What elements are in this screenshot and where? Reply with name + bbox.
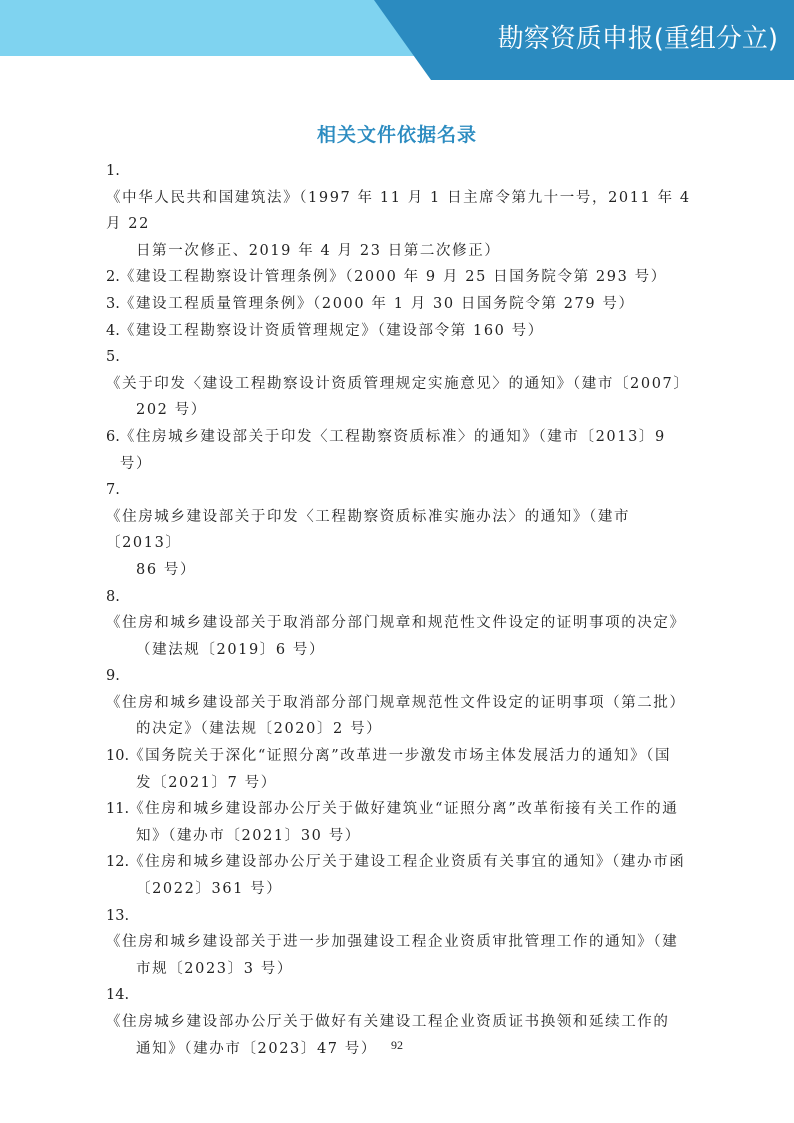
item-text-line2: （建法规〔2019〕6 号） [106, 637, 721, 664]
item-number: 4. [106, 318, 120, 345]
item-text-line1: 《住房和城乡建设部办公厅关于做好建筑业“证照分离”改革衔接有关工作的通 [129, 801, 678, 817]
item-text-line1: 《住房和城乡建设部办公厅关于建设工程企业资质有关事宜的通知》（建办市函 [129, 854, 685, 870]
item-number: 5. [106, 344, 120, 371]
item-text-line2: 日第一次修正、2019 年 4 月 23 日第二次修正） [106, 238, 721, 265]
item-number: 6. [106, 424, 120, 477]
document-title: 相关文件依据名录 [0, 120, 794, 147]
item-text: 《建设工程勘察设计资质管理规定》（建设部令第 160 号） [120, 318, 691, 345]
item-text: 《中华人民共和国建筑法》（1997 年 11 月 1 日主席令第九十一号，201… [106, 185, 691, 238]
item-text-line1: 《中华人民共和国建筑法》（1997 年 11 月 1 日主席令第九十一号，201… [106, 190, 691, 233]
item-text-line1: 《建设工程质量管理条例》（2000 年 1 月 30 日国务院令第 279 号） [120, 296, 635, 312]
item-text: 《住房和城乡建设部关于取消部分部门规章和规范性文件设定的证明事项的决定》 [106, 610, 691, 637]
item-text-line2: 的决定》（建法规〔2020〕2 号） [106, 716, 721, 743]
item-number: 7. [106, 477, 120, 504]
list-item: 3.《建设工程质量管理条例》（2000 年 1 月 30 日国务院令第 279 … [106, 291, 691, 318]
item-number: 14. [106, 982, 129, 1009]
item-text: 《建设工程勘察设计管理条例》（2000 年 9 月 25 日国务院令第 293 … [120, 264, 691, 291]
item-text-line1: 《住房城乡建设部关于印发〈工程勘察资质标准〉的通知》（建市〔2013〕9 号） [120, 429, 666, 472]
item-text-line2: 市规〔2023〕3 号） [106, 956, 721, 983]
list-item: 7.《住房城乡建设部关于印发〈工程勘察资质标准实施办法〉的通知》（建市〔2013… [106, 477, 691, 583]
list-item: 2.《建设工程勘察设计管理条例》（2000 年 9 月 25 日国务院令第 29… [106, 264, 691, 291]
item-text: 《建设工程质量管理条例》（2000 年 1 月 30 日国务院令第 279 号） [120, 291, 691, 318]
list-item: 13.《住房和城乡建设部关于进一步加强建设工程企业资质审批管理工作的通知》（建市… [106, 903, 691, 983]
list-item: 12.《住房和城乡建设部办公厅关于建设工程企业资质有关事宜的通知》（建办市函〔2… [106, 849, 691, 902]
item-number: 9. [106, 663, 120, 690]
item-text-line1: 《住房和城乡建设部关于取消部分部门规章和规范性文件设定的证明事项的决定》 [106, 615, 686, 631]
item-text: 《住房城乡建设部办公厅关于做好有关建设工程企业资质证书换领和延续工作的 [106, 1009, 691, 1036]
item-text-line2: 202 号） [106, 397, 721, 424]
list-item: 8.《住房和城乡建设部关于取消部分部门规章和规范性文件设定的证明事项的决定》（建… [106, 584, 691, 664]
item-text-line1: 《住房城乡建设部办公厅关于做好有关建设工程企业资质证书换领和延续工作的 [106, 1014, 670, 1030]
item-number: 2. [106, 264, 120, 291]
list-item: 10.《国务院关于深化“证照分离”改革进一步激发市场主体发展活力的通知》（国发〔… [106, 743, 691, 796]
item-text: 《住房和城乡建设部办公厅关于建设工程企业资质有关事宜的通知》（建办市函 [129, 849, 691, 876]
item-number: 3. [106, 291, 120, 318]
item-text-line2: 86 号） [106, 557, 721, 584]
item-text-line2: 知》（建办市〔2021〕30 号） [106, 823, 721, 850]
item-text: 《住房和城乡建设部关于取消部分部门规章规范性文件设定的证明事项（第二批） [106, 690, 691, 717]
list-item: 5.《关于印发〈建设工程勘察设计资质管理规定实施意见〉的通知》（建市〔2007〕… [106, 344, 691, 424]
list-item: 11.《住房和城乡建设部办公厅关于做好建筑业“证照分离”改革衔接有关工作的通知》… [106, 796, 691, 849]
item-number: 10. [106, 743, 129, 770]
item-text-line1: 《住房城乡建设部关于印发〈工程勘察资质标准实施办法〉的通知》（建市〔2013〕 [106, 509, 630, 552]
list-item: 4.《建设工程勘察设计资质管理规定》（建设部令第 160 号） [106, 318, 691, 345]
item-text: 《关于印发〈建设工程勘察设计资质管理规定实施意见〉的通知》（建市〔2007〕 [106, 371, 691, 398]
item-text: 《国务院关于深化“证照分离”改革进一步激发市场主体发展活力的通知》（国 [129, 743, 691, 770]
item-text-line1: 《国务院关于深化“证照分离”改革进一步激发市场主体发展活力的通知》（国 [129, 748, 671, 764]
reference-list: 1.《中华人民共和国建筑法》（1997 年 11 月 1 日主席令第九十一号，2… [106, 158, 691, 1062]
item-number: 1. [106, 158, 120, 185]
item-text-line2: 〔2022〕361 号） [106, 876, 721, 903]
list-item: 6.《住房城乡建设部关于印发〈工程勘察资质标准〉的通知》（建市〔2013〕9 号… [106, 424, 691, 477]
list-item: 9.《住房和城乡建设部关于取消部分部门规章规范性文件设定的证明事项（第二批）的决… [106, 663, 691, 743]
item-text: 《住房城乡建设部关于印发〈工程勘察资质标准〉的通知》（建市〔2013〕9 号） [120, 424, 691, 477]
item-number: 8. [106, 584, 120, 611]
item-text: 《住房和城乡建设部关于进一步加强建设工程企业资质审批管理工作的通知》（建 [106, 929, 691, 956]
item-text-line1: 《建设工程勘察设计资质管理规定》（建设部令第 160 号） [120, 323, 544, 339]
item-text-line1: 《建设工程勘察设计管理条例》（2000 年 9 月 25 日国务院令第 293 … [120, 269, 667, 285]
item-text-line2: 发〔2021〕7 号） [106, 770, 721, 797]
page-number: 92 [0, 1038, 794, 1053]
item-number: 11. [106, 796, 129, 823]
list-item: 1.《中华人民共和国建筑法》（1997 年 11 月 1 日主席令第九十一号，2… [106, 158, 691, 264]
item-text-line1: 《关于印发〈建设工程勘察设计资质管理规定实施意见〉的通知》（建市〔2007〕 [106, 376, 689, 392]
item-number: 12. [106, 849, 129, 876]
item-number: 13. [106, 903, 129, 930]
header-title: 勘察资质申报(重组分立) [498, 18, 778, 55]
item-text: 《住房城乡建设部关于印发〈工程勘察资质标准实施办法〉的通知》（建市〔2013〕 [106, 504, 691, 557]
item-text: 《住房和城乡建设部办公厅关于做好建筑业“证照分离”改革衔接有关工作的通 [129, 796, 691, 823]
item-text-line1: 《住房和城乡建设部关于取消部分部门规章规范性文件设定的证明事项（第二批） [106, 695, 686, 711]
item-text-line1: 《住房和城乡建设部关于进一步加强建设工程企业资质审批管理工作的通知》（建 [106, 934, 678, 950]
